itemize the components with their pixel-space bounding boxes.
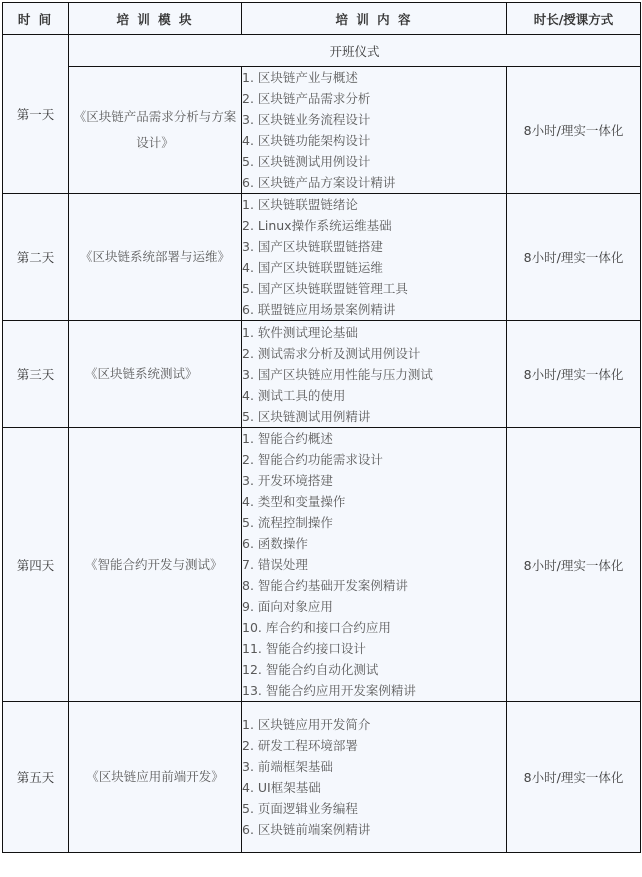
list-item: 1. 区块链应用开发简介 bbox=[242, 714, 506, 735]
content-list: 1. 区块链应用开发简介 2. 研发工程环境部署 3. 前端框架基础 4. UI… bbox=[242, 714, 506, 840]
content-list: 1. 区块链产业与概述 2. 区块链产品需求分析 3. 区块链业务流程设计 4.… bbox=[242, 67, 506, 193]
list-item: 2. 区块链产品需求分析 bbox=[242, 88, 506, 109]
duration-cell: 8小时/理实一体化 bbox=[507, 428, 641, 702]
training-schedule-table: 时 间 培 训 模 块 培 训 内 容 时长/授课方式 第一天 开班仪式 《区块… bbox=[2, 2, 641, 853]
list-item: 13. 智能合约应用开发案例精讲 bbox=[242, 680, 506, 701]
duration-cell: 8小时/理实一体化 bbox=[507, 321, 641, 428]
list-item: 5. 国产区块链联盟链管理工具 bbox=[242, 278, 506, 299]
header-duration: 时长/授课方式 bbox=[507, 3, 641, 35]
list-item: 3. 前端框架基础 bbox=[242, 756, 506, 777]
list-item: 6. 区块链前端案例精讲 bbox=[242, 819, 506, 840]
list-item: 4. 类型和变量操作 bbox=[242, 491, 506, 512]
list-item: 5. 区块链测试用例精讲 bbox=[242, 406, 506, 427]
list-item: 4. 区块链功能架构设计 bbox=[242, 130, 506, 151]
list-item: 3. 国产区块链应用性能与压力测试 bbox=[242, 364, 506, 385]
table-row: 第二天 《区块链系统部署与运维》 1. 区块链联盟链绪论 2. Linux操作系… bbox=[3, 194, 641, 321]
header-module: 培 训 模 块 bbox=[69, 3, 242, 35]
duration-cell: 8小时/理实一体化 bbox=[507, 194, 641, 321]
module-cell: 《区块链应用前端开发》 bbox=[69, 702, 242, 853]
table-row: 第五天 《区块链应用前端开发》 1. 区块链应用开发简介 2. 研发工程环境部署… bbox=[3, 702, 641, 853]
list-item: 1. 软件测试理论基础 bbox=[242, 322, 506, 343]
day-cell: 第四天 bbox=[3, 428, 69, 702]
header-row: 时 间 培 训 模 块 培 训 内 容 时长/授课方式 bbox=[3, 3, 641, 35]
table-row: 第三天 《区块链系统测试》 1. 软件测试理论基础 2. 测试需求分析及测试用例… bbox=[3, 321, 641, 428]
content-cell: 1. 区块链产业与概述 2. 区块链产品需求分析 3. 区块链业务流程设计 4.… bbox=[242, 67, 507, 194]
header-content: 培 训 内 容 bbox=[242, 3, 507, 35]
opening-ceremony-cell: 开班仪式 bbox=[69, 35, 641, 67]
content-list: 1. 软件测试理论基础 2. 测试需求分析及测试用例设计 3. 国产区块链应用性… bbox=[242, 322, 506, 427]
content-cell: 1. 软件测试理论基础 2. 测试需求分析及测试用例设计 3. 国产区块链应用性… bbox=[242, 321, 507, 428]
module-cell: 《区块链系统测试》 bbox=[69, 321, 242, 428]
day-cell: 第三天 bbox=[3, 321, 69, 428]
list-item: 5. 页面逻辑业务编程 bbox=[242, 798, 506, 819]
list-item: 8. 智能合约基础开发案例精讲 bbox=[242, 575, 506, 596]
list-item: 2. Linux操作系统运维基础 bbox=[242, 215, 506, 236]
list-item: 4. 国产区块链联盟链运维 bbox=[242, 257, 506, 278]
table-row: 第四天 《智能合约开发与测试》 1. 智能合约概述 2. 智能合约功能需求设计 … bbox=[3, 428, 641, 702]
list-item: 3. 开发环境搭建 bbox=[242, 470, 506, 491]
list-item: 1. 智能合约概述 bbox=[242, 428, 506, 449]
day-cell: 第一天 bbox=[3, 35, 69, 194]
header-time: 时 间 bbox=[3, 3, 69, 35]
list-item: 2. 测试需求分析及测试用例设计 bbox=[242, 343, 506, 364]
list-item: 12. 智能合约自动化测试 bbox=[242, 659, 506, 680]
list-item: 3. 国产区块链联盟链搭建 bbox=[242, 236, 506, 257]
list-item: 5. 流程控制操作 bbox=[242, 512, 506, 533]
duration-cell: 8小时/理实一体化 bbox=[507, 702, 641, 853]
list-item: 6. 联盟链应用场景案例精讲 bbox=[242, 299, 506, 320]
list-item: 2. 智能合约功能需求设计 bbox=[242, 449, 506, 470]
content-cell: 1. 区块链联盟链绪论 2. Linux操作系统运维基础 3. 国产区块链联盟链… bbox=[242, 194, 507, 321]
list-item: 3. 区块链业务流程设计 bbox=[242, 109, 506, 130]
list-item: 7. 错误处理 bbox=[242, 554, 506, 575]
list-item: 4. 测试工具的使用 bbox=[242, 385, 506, 406]
ceremony-row: 第一天 开班仪式 bbox=[3, 35, 641, 67]
list-item: 10. 库合约和接口合约应用 bbox=[242, 617, 506, 638]
module-cell: 《智能合约开发与测试》 bbox=[69, 428, 242, 702]
list-item: 4. UI框架基础 bbox=[242, 777, 506, 798]
list-item: 11. 智能合约接口设计 bbox=[242, 638, 506, 659]
list-item: 1. 区块链产业与概述 bbox=[242, 67, 506, 88]
day-cell: 第二天 bbox=[3, 194, 69, 321]
module-cell: 《区块链产品需求分析与方案设计》 bbox=[69, 67, 242, 194]
module-cell: 《区块链系统部署与运维》 bbox=[69, 194, 242, 321]
list-item: 1. 区块链联盟链绪论 bbox=[242, 194, 506, 215]
table-row: 《区块链产品需求分析与方案设计》 1. 区块链产业与概述 2. 区块链产品需求分… bbox=[3, 67, 641, 194]
list-item: 9. 面向对象应用 bbox=[242, 596, 506, 617]
content-list: 1. 智能合约概述 2. 智能合约功能需求设计 3. 开发环境搭建 4. 类型和… bbox=[242, 428, 506, 701]
list-item: 6. 函数操作 bbox=[242, 533, 506, 554]
day-cell: 第五天 bbox=[3, 702, 69, 853]
list-item: 6. 区块链产品方案设计精讲 bbox=[242, 172, 506, 193]
duration-cell: 8小时/理实一体化 bbox=[507, 67, 641, 194]
content-cell: 1. 区块链应用开发简介 2. 研发工程环境部署 3. 前端框架基础 4. UI… bbox=[242, 702, 507, 853]
list-item: 2. 研发工程环境部署 bbox=[242, 735, 506, 756]
content-list: 1. 区块链联盟链绪论 2. Linux操作系统运维基础 3. 国产区块链联盟链… bbox=[242, 194, 506, 320]
content-cell: 1. 智能合约概述 2. 智能合约功能需求设计 3. 开发环境搭建 4. 类型和… bbox=[242, 428, 507, 702]
list-item: 5. 区块链测试用例设计 bbox=[242, 151, 506, 172]
